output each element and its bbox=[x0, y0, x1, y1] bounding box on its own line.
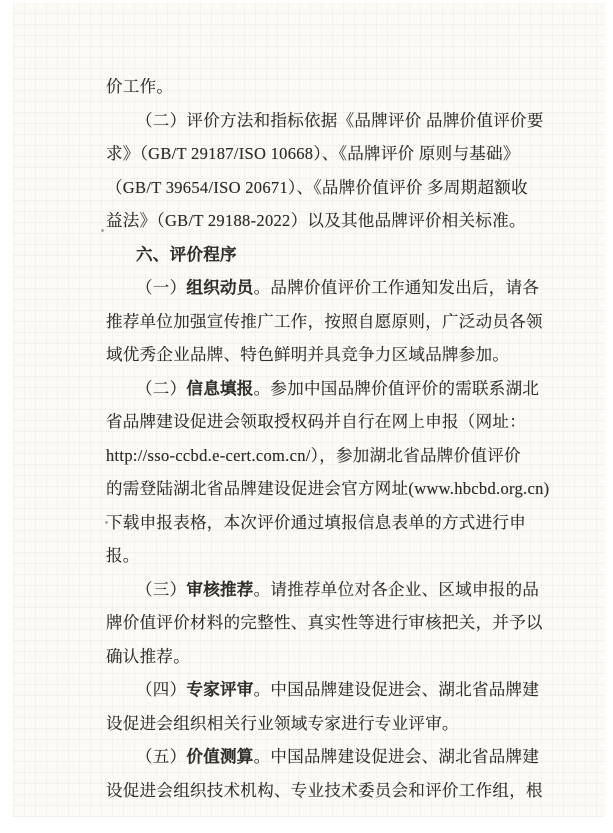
text-line: （五）价值测算。中国品牌建设促进会、湖北省品牌建 bbox=[106, 740, 554, 774]
line-segment: 推荐单位加强宣传推广工作，按照自愿原则，广泛动员各领 bbox=[106, 312, 543, 331]
line-segment-bold: 价值测算 bbox=[186, 747, 253, 766]
line-segment: 。品牌价值评价工作通知发出后，请各 bbox=[254, 278, 540, 297]
line-segment: 设促进会组织相关行业领域专家进行专业评审。 bbox=[106, 714, 459, 733]
line-segment: 。中国品牌建设促进会、湖北省品牌建 bbox=[254, 747, 540, 766]
line-segment: （二）评价方法和指标依据《品牌评价 品牌价值评价要 bbox=[136, 111, 544, 130]
text-line: （二）评价方法和指标依据《品牌评价 品牌价值评价要 bbox=[106, 104, 554, 138]
line-segment: 下载申报表格，本次评价通过填报信息表单的方式进行申 bbox=[106, 513, 526, 532]
text-line: （四）专家评审。中国品牌建设促进会、湖北省品牌建 bbox=[106, 673, 554, 707]
line-segment-bold: 审核推荐 bbox=[186, 580, 253, 599]
text-line: 价工作。 bbox=[106, 70, 554, 104]
line-segment: 益法》（GB/T 29188-2022）以及其他品牌评价相关标准。 bbox=[106, 211, 526, 230]
line-segment: http://sso-ccbd.e-cert.com.cn/），参加湖北省品牌价… bbox=[106, 446, 521, 465]
line-segment: 牌价值评价材料的完整性、真实性等进行审核把关，并予以 bbox=[106, 613, 543, 632]
text-line: （三）审核推荐。请推荐单位对各企业、区域申报的品 bbox=[106, 573, 554, 607]
line-segment: （GB/T 39654/ISO 20671）、《品牌价值评价 多周期超额收 bbox=[106, 178, 528, 197]
text-line: http://sso-ccbd.e-cert.com.cn/），参加湖北省品牌价… bbox=[106, 439, 554, 473]
scanned-document-page: 价工作。 （二）评价方法和指标依据《品牌评价 品牌价值评价要 求》（GB/T 2… bbox=[0, 0, 613, 833]
text-line: 的需登陆湖北省品牌建设促进会官方网址(www.hbcbd.org.cn) bbox=[106, 472, 554, 506]
line-segment: 报。 bbox=[106, 546, 140, 565]
line-segment: 确认推荐。 bbox=[106, 647, 190, 666]
line-segment: （三） bbox=[136, 580, 186, 599]
text-line: 省品牌建设促进会领取授权码并自行在网上申报（网址： bbox=[106, 405, 554, 439]
line-segment: 设促进会组织技术机构、专业技术委员会和评价工作组，根 bbox=[106, 781, 543, 800]
line-segment: （五） bbox=[136, 747, 186, 766]
section-heading: 六、评价程序 bbox=[106, 238, 554, 272]
line-segment: （四） bbox=[136, 680, 186, 699]
line-segment: （二） bbox=[136, 379, 186, 398]
text-line: 求》（GB/T 29187/ISO 10668）、《品牌评价 原则与基础》 bbox=[106, 137, 554, 171]
text-line: 域优秀企业品牌、特色鲜明并具竞争力区域品牌参加。 bbox=[106, 338, 554, 372]
text-line: 报。 bbox=[106, 539, 554, 573]
document-body: 价工作。 （二）评价方法和指标依据《品牌评价 品牌价值评价要 求》（GB/T 2… bbox=[106, 70, 554, 807]
text-line: 设促进会组织技术机构、专业技术委员会和评价工作组，根 bbox=[106, 774, 554, 808]
line-segment-bold: 组织动员 bbox=[186, 278, 253, 297]
line-segment: 域优秀企业品牌、特色鲜明并具竞争力区域品牌参加。 bbox=[106, 345, 509, 364]
section-heading-text: 六、评价程序 bbox=[136, 245, 237, 264]
line-segment: 。请推荐单位对各企业、区域申报的品 bbox=[254, 580, 540, 599]
line-segment: （一） bbox=[136, 278, 186, 297]
text-line: 益法》（GB/T 29188-2022）以及其他品牌评价相关标准。 bbox=[106, 204, 554, 238]
scan-speck bbox=[101, 229, 104, 232]
text-line: 设促进会组织相关行业领域专家进行专业评审。 bbox=[106, 707, 554, 741]
line-segment-bold: 专家评审 bbox=[186, 680, 253, 699]
line-segment: 省品牌建设促进会领取授权码并自行在网上申报（网址： bbox=[106, 412, 526, 431]
text-line: （二）信息填报。参加中国品牌价值评价的需联系湖北 bbox=[106, 372, 554, 406]
text-line: （GB/T 39654/ISO 20671）、《品牌价值评价 多周期超额收 bbox=[106, 171, 554, 205]
line-segment: 价工作。 bbox=[106, 77, 173, 96]
line-segment: 求》（GB/T 29187/ISO 10668）、《品牌评价 原则与基础》 bbox=[106, 144, 520, 163]
line-segment: 。中国品牌建设促进会、湖北省品牌建 bbox=[254, 680, 540, 699]
text-line: 推荐单位加强宣传推广工作，按照自愿原则，广泛动员各领 bbox=[106, 305, 554, 339]
text-line: 下载申报表格，本次评价通过填报信息表单的方式进行申 bbox=[106, 506, 554, 540]
text-line: 牌价值评价材料的完整性、真实性等进行审核把关，并予以 bbox=[106, 606, 554, 640]
line-segment: 的需登陆湖北省品牌建设促进会官方网址(www.hbcbd.org.cn) bbox=[106, 479, 549, 498]
line-segment: 。参加中国品牌价值评价的需联系湖北 bbox=[254, 379, 540, 398]
line-segment-bold: 信息填报 bbox=[186, 379, 253, 398]
text-line: 确认推荐。 bbox=[106, 640, 554, 674]
text-line: （一）组织动员。品牌价值评价工作通知发出后，请各 bbox=[106, 271, 554, 305]
